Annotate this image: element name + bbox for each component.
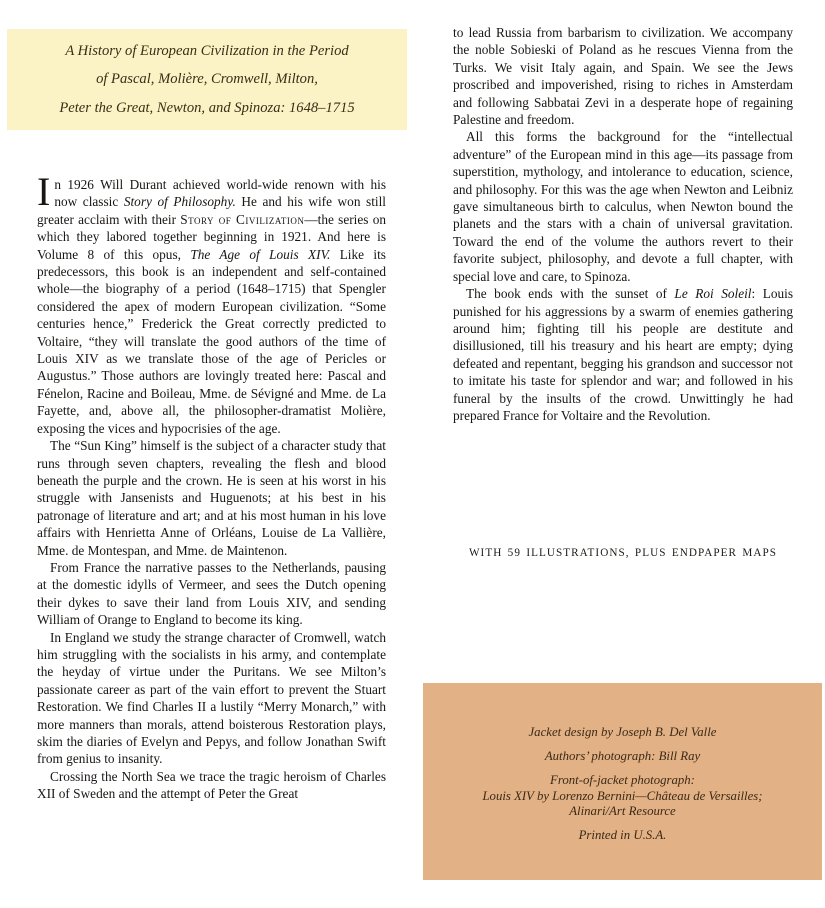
- credit-group: Front-of-jacket photograph:Louis XIV by …: [423, 773, 822, 819]
- text-segment: In England we study the strange characte…: [37, 630, 386, 767]
- text-segment: From France the narrative passes to the …: [37, 560, 386, 627]
- text-segment: Like its predecessors, this book is an i…: [37, 247, 386, 436]
- flap-text-right-column: to lead Russia from barbarism to civiliz…: [453, 24, 793, 424]
- illustrations-note: WITH 59 ILLUSTRATIONS, PLUS ENDPAPER MAP…: [453, 547, 793, 559]
- credits-box: Jacket design by Joseph B. Del ValleAuth…: [423, 683, 822, 880]
- text-segment: The “Sun King” himself is the subject of…: [37, 438, 386, 557]
- text-segment-italic: The Age of Louis XIV.: [190, 247, 330, 262]
- credit-line: Louis XIV by Lorenzo Bernini—Château de …: [423, 789, 822, 804]
- text-segment-smallcaps: Story of Civilization: [180, 212, 304, 227]
- text-line: of Pascal, Molière, Cromwell, Milton,: [7, 65, 407, 94]
- text-segment: The book ends with the sunset of: [466, 286, 674, 301]
- text-line: Peter the Great, Newton, and Spinoza: 16…: [7, 94, 407, 123]
- credit-group: Printed in U.S.A.: [423, 828, 822, 843]
- text-segment-italic: Story of Philosophy.: [124, 194, 236, 209]
- credit-line: Alinari/Art Resource: [423, 804, 822, 819]
- credit-line: Authors’ photograph: Bill Ray: [423, 749, 822, 764]
- paragraph: All this forms the background for the “i…: [453, 128, 793, 285]
- paragraph: Crossing the North Sea we trace the trag…: [37, 768, 386, 803]
- text-line: A History of European Civilization in th…: [7, 37, 407, 66]
- text-segment: All this forms the background for the “i…: [453, 129, 793, 283]
- text-segment: : Louis punished for his aggressions by …: [453, 286, 793, 423]
- paragraph: The book ends with the sunset of Le Roi …: [453, 285, 793, 424]
- credit-group: Jacket design by Joseph B. Del Valle: [423, 725, 822, 740]
- paragraph: The “Sun King” himself is the subject of…: [37, 437, 386, 559]
- paragraph: In England we study the strange characte…: [37, 629, 386, 768]
- paragraph: From France the narrative passes to the …: [37, 559, 386, 629]
- credit-group: Authors’ photograph: Bill Ray: [423, 749, 822, 764]
- credit-line: Jacket design by Joseph B. Del Valle: [423, 725, 822, 740]
- text-segment: to lead Russia from barbarism to civiliz…: [453, 25, 793, 127]
- paragraph: In 1926 Will Durant achieved world-wide …: [37, 176, 386, 437]
- credit-line: Front-of-jacket photograph:: [423, 773, 822, 788]
- drop-cap: I: [37, 176, 54, 207]
- text-segment-italic: Le Roi Soleil: [674, 286, 751, 301]
- flap-text-left-column: In 1926 Will Durant achieved world-wide …: [37, 176, 386, 803]
- credit-line: Printed in U.S.A.: [423, 828, 822, 843]
- book-jacket-flap: A History of European Civilization in th…: [0, 0, 825, 908]
- series-note-box: A History of European Civilization in th…: [7, 29, 407, 130]
- paragraph: to lead Russia from barbarism to civiliz…: [453, 24, 793, 128]
- text-segment: Crossing the North Sea we trace the trag…: [37, 769, 386, 801]
